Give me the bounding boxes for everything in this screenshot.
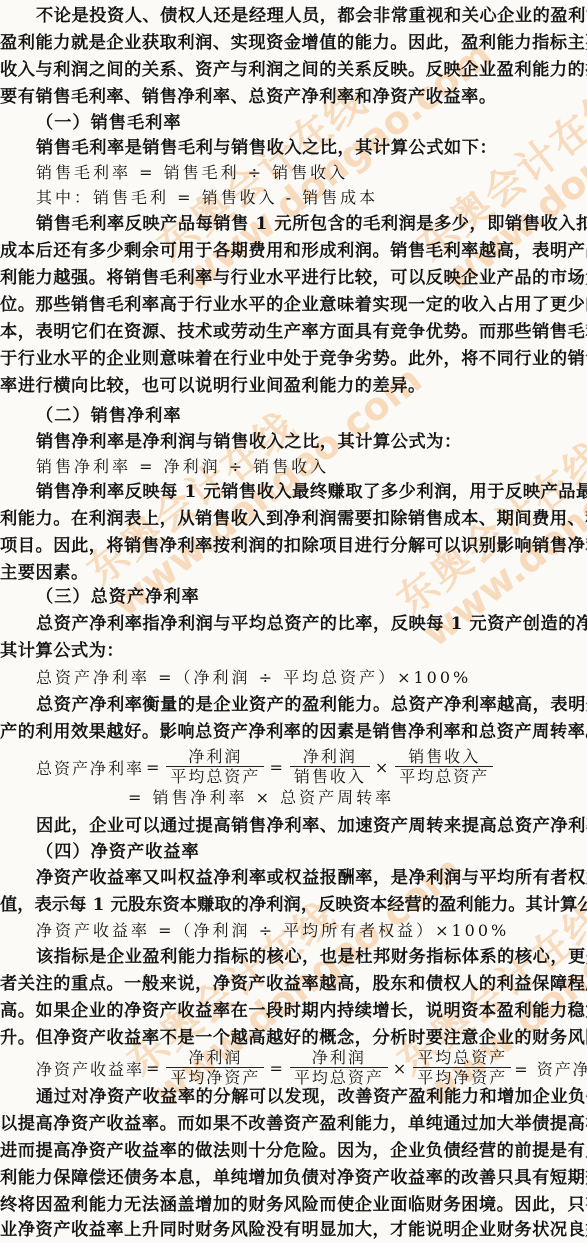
body-line: 该指标是企业盈利能力指标的核心，也是杜邦财务指标体系的核心，更是投资 (0, 946, 587, 968)
numerator: 净利润 (184, 747, 246, 766)
numerator: 净利润 (184, 1048, 246, 1067)
body-line: 成本后还有多少剩余可用于各期费用和形成利润。销售毛利率越高，表明产品的盈 (0, 240, 587, 262)
body-line: 产的利用效果越好。影响总资产净利率的因素是销售净利率和总资产周转率。 (0, 721, 587, 743)
body-line: 项目。因此，将销售净利率按利润的扣除项目进行分解可以识别影响销售净利率的 (0, 535, 587, 557)
roe-decomposition: 净资产收益率 = 净利润 平均净资产 = 净利润 平均总资产 × 平均总资产 平… (36, 1048, 587, 1088)
body-line: 销售毛利率反映产品每销售 1 元所包含的毛利润是多少，即销售收入扣除销售 (0, 213, 587, 235)
times-sign: × (375, 758, 390, 777)
section-heading: （二）销售净利率 (0, 405, 587, 427)
numerator: 平均总资产 (413, 1048, 511, 1067)
formula: 销售毛利率 = 销售毛利 ÷ 销售收入 (0, 162, 587, 184)
section-heading: （三）总资产净利率 (0, 586, 587, 608)
conclusion-line: 进而提高净资产收益率的做法则十分危险。因为，企业负债经营的前提是有足够的盈 (0, 1140, 587, 1162)
denominator: 销售收入 (290, 766, 370, 787)
denominator: 平均总资产 (395, 766, 493, 787)
definition: 值，表示每 1 元股东资本赚取的净利润，反映资本经营的盈利能力。其计算公式为： (0, 894, 587, 916)
watermark: 东奥会计在线www.dongao.com (390, 356, 587, 654)
body-line: 利能力越强。将销售毛利率与行业水平进行比较，可以反映企业产品的市场竞争地 (0, 267, 587, 289)
body-line: 于行业水平的企业则意味着在行业中处于竞争劣势。此外，将不同行业的销售毛利 (0, 348, 587, 370)
denominator: 平均净资产 (166, 1067, 264, 1088)
numerator: 销售收入 (404, 747, 484, 766)
formula-lhs: 净资产收益率 (36, 1057, 144, 1080)
denominator: 平均总资产 (166, 766, 264, 787)
roa-decomposition: 总资产净利率 = 净利润 平均总资产 = 净利润 销售收入 × 销售收入 平均总… (36, 747, 496, 787)
formula-result: = 销售净利率 × 总资产周转率 (128, 787, 394, 809)
denominator: 平均净资产 (413, 1067, 511, 1088)
intro-line: 收入与利润之间的关系、资产与利润之间的关系反映。反映企业盈利能力的指标主 (0, 59, 587, 81)
equals-sign: = (269, 758, 284, 777)
fraction: 净利润 平均总资产 (166, 747, 264, 787)
formula: 销售净利率 = 净利润 ÷ 销售收入 (0, 456, 587, 478)
body-line: 高。如果企业的净资产收益率在一段时期内持续增长，说明资本盈利能力稳定上 (0, 1000, 587, 1022)
equals-sign: = (269, 1059, 284, 1078)
times-sign: × (393, 1059, 408, 1078)
fraction: 销售收入 平均总资产 (395, 747, 493, 787)
definition: 总资产净利率指净利润与平均总资产的比率，反映每 1 元资产创造的净利润。 (0, 613, 587, 635)
formula-note: 其中：销售毛利 = 销售收入 - 销售成本 (0, 187, 587, 209)
numerator: 净利润 (299, 747, 361, 766)
body-line: 者关注的重点。一般来说，净资产收益率越高，股东和债权人的利益保障程度越 (0, 973, 587, 995)
body-line: 本，表明它们在资源、技术或劳动生产率方面具有竞争优势。而那些销售毛利率低 (0, 321, 587, 343)
section-heading: （四）净资产收益率 (0, 841, 587, 863)
section-heading: （一）销售毛利率 (0, 112, 587, 134)
formula: 总资产净利率 =（净利润 ÷ 平均总资产）×100% (0, 667, 587, 689)
fraction: 净利润 平均净资产 (166, 1048, 264, 1088)
formula: 净资产收益率 =（净利润 ÷ 平均所有者权益）×100% (0, 920, 587, 942)
denominator: 平均总资产 (290, 1067, 388, 1088)
definition: 销售毛利率是销售毛利与销售收入之比，其计算公式如下： (0, 137, 587, 159)
fraction: 净利润 平均总资产 (290, 1048, 388, 1088)
body-line: 总资产净利率衡量的是企业资产的盈利能力。总资产净利率越高，表明企业资 (0, 694, 587, 716)
body-line: 销售净利率反映每 1 元销售收入最终赚取了多少利润，用于反映产品最终的盈 (0, 481, 587, 503)
body-line: 主要因素。 (0, 562, 587, 584)
body-line: 位。那些销售毛利率高于行业水平的企业意味着实现一定的收入占用了更少的成 (0, 294, 587, 316)
intro-line: 盈利能力就是企业获取利润、实现资金增值的能力。因此，盈利能力指标主要通过 (0, 32, 587, 54)
intro-line: 要有销售毛利率、销售净利率、总资产净利率和净资产收益率。 (0, 86, 587, 108)
body-line: 率进行横向比较，也可以说明行业间盈利能力的差异。 (0, 375, 587, 397)
body-line: 利能力。在利润表上，从销售收入到净利润需要扣除销售成本、期间费用、税金等 (0, 508, 587, 530)
definition: 净资产收益率又叫权益净利率或权益报酬率，是净利润与平均所有者权益的比 (0, 867, 587, 889)
numerator: 净利润 (308, 1048, 370, 1067)
conclusion-line: 以提高净资产收益率。而如果不改善资产盈利能力，单纯通过加大举债提高权益乘数 (0, 1113, 587, 1135)
conclusion-line: 业净资产收益率上升同时财务风险没有明显加大，才能说明企业财务状况良好。 (0, 1219, 587, 1241)
fraction: 平均总资产 平均净资产 (413, 1048, 511, 1088)
scanned-page: 东奥会计在线www.dongao.com 东奥会计在线www.dongao.co… (0, 0, 587, 1243)
body-line: 升。但净资产收益率不是一个越高越好的概念，分析时要注意企业的财务风险。 (0, 1027, 587, 1049)
conclusion-line: 利能力保障偿还债务本息，单纯增加负债对净资产收益率的改善只具有短期效应，最 (0, 1167, 587, 1189)
formula-lhs: 总资产净利率 (36, 756, 144, 779)
formula-result: = 资产净利率 × 权益乘数 (514, 1057, 587, 1080)
definition: 其计算公式为： (0, 640, 587, 662)
equals-sign: = (146, 1059, 161, 1078)
equals-sign: = (146, 758, 161, 777)
intro-line: 不论是投资人、债权人还是经理人员，都会非常重视和关心企业的盈利能力。 (0, 5, 587, 27)
fraction: 净利润 销售收入 (290, 747, 370, 787)
conclusion-line: 通过对净资产收益率的分解可以发现，改善资产盈利能力和增加企业负债都可 (0, 1086, 587, 1108)
conclusion-line: 终将因盈利能力无法涵盖增加的财务风险而使企业面临财务困境。因此，只有当企 (0, 1194, 587, 1216)
conclusion: 因此，企业可以通过提高销售净利率、加速资产周转来提高总资产净利率。 (0, 815, 587, 837)
definition: 销售净利率是净利润与销售收入之比，其计算公式为： (0, 431, 587, 453)
